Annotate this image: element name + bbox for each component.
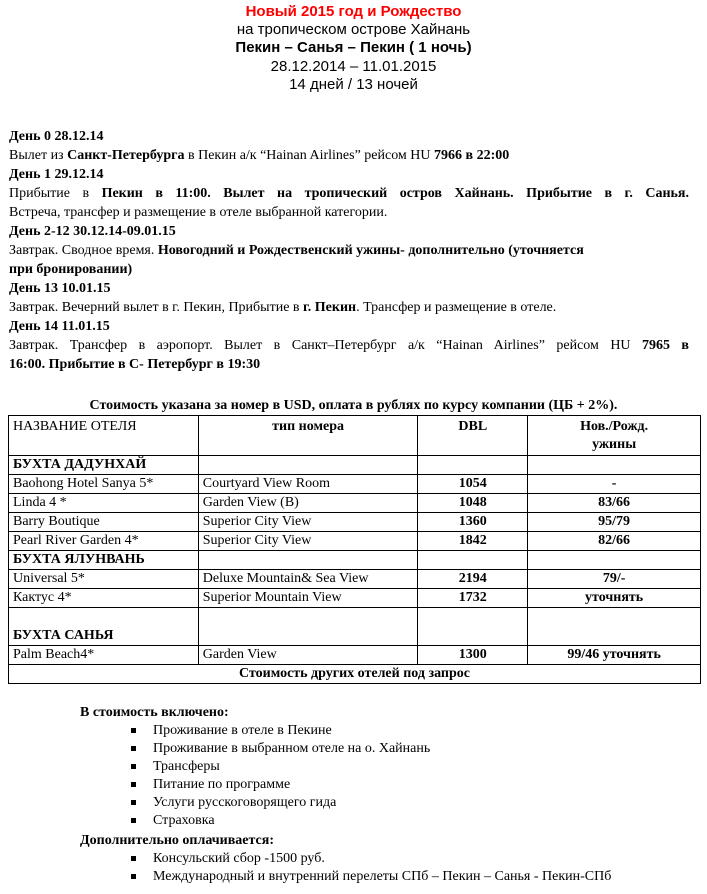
included-item: Услуги русскоговорящего гида [80,794,430,812]
table-row: Pearl River Garden 4*Superior City View1… [9,532,701,551]
itinerary-text: при бронировании) [9,260,689,279]
hotel-name-cell: Pearl River Garden 4* [9,532,199,551]
hotel-name-cell: Кактус 4* [9,589,199,608]
hotel-price-table: НАЗВАНИЕ ОТЕЛЯ тип номера DBL Нов./Рожд.… [8,415,701,684]
included-item: Проживание в выбранном отеле на о. Хайна… [80,740,430,758]
extra-charges-label: Дополнительно оплачивается: [80,832,611,850]
empty-cell [198,551,418,570]
included-item-text: Услуги русскоговорящего гида [153,795,336,810]
tour-route: Пекин – Санья – Пекин ( 1 ночь) [0,39,707,57]
table-row: Кактус 4*Superior Mountain View1732уточн… [9,589,701,608]
itinerary-text-bold: Пекин в 11:00. Вылет на тропический остр… [102,186,689,201]
included-item-text: Трансферы [153,759,220,774]
included-list: Проживание в отеле в ПекинеПроживание в … [80,722,430,830]
itinerary-text: 16:00. Прибытие в С- Петербург в 19:30 [9,355,689,374]
itinerary-text-part: Встреча, трансфер и размещение в отеле в… [9,205,387,220]
table-footer-row: Стоимость других отелей под запрос [9,665,701,684]
itinerary-text-bold: 16:00. Прибытие в С- Петербург в 19:30 [9,357,260,372]
tour-duration: 14 дней / 13 ночей [0,76,707,94]
section-name: БУХТА ЯЛУНВАНЬ [9,551,199,570]
table-header-row: НАЗВАНИЕ ОТЕЛЯ тип номера DBL Нов./Рожд.… [9,416,701,456]
itinerary-day-heading: День 13 10.01.15 [9,279,689,298]
itinerary-day-heading: День 0 28.12.14 [9,127,689,146]
room-type-cell: Deluxe Mountain& Sea View [198,570,418,589]
room-type-cell: Garden View [198,646,418,665]
extra-charge-item: Консульский сбор -1500 руб. [80,850,611,868]
included-item: Питание по программе [80,776,430,794]
room-type-cell: Courtyard View Room [198,475,418,494]
hotel-name-cell: Palm Beach4* [9,646,199,665]
itinerary-text-bold: при бронировании) [9,262,132,277]
dinners-price-cell: - [528,475,701,494]
bullet-square-icon [131,800,136,805]
document-subtitle: на тропическом острове Хайнань [0,21,707,39]
itinerary-text: Завтрак. Сводное время. Новогодний и Рож… [9,241,689,260]
dbl-price-cell: 1360 [418,513,528,532]
dbl-price-cell: 1048 [418,494,528,513]
bullet-square-icon [131,746,136,751]
dinners-price-cell: уточнять [528,589,701,608]
extra-charges-list: Консульский сбор -1500 руб. Международны… [80,850,611,886]
included-label: В стоимость включено: [80,704,430,722]
empty-cell [418,551,528,570]
hotel-name-cell: Barry Boutique [9,513,199,532]
column-header-room-type: тип номера [198,416,418,456]
room-type-cell: Garden View (B) [198,494,418,513]
bullet-square-icon [131,728,136,733]
itinerary-text-part: в Пекин а/к “Hainan Airlines” рейсом HU [184,148,434,163]
table-section-row: БУХТА САНЬЯ [9,608,701,646]
extra-charge-item-text: Консульский сбор -1500 руб. [153,851,325,866]
itinerary-text-bold: 7965 в [642,338,689,353]
dinners-price-cell: 95/79 [528,513,701,532]
extra-charge-item: Международный и внутренний перелеты СПб … [80,868,611,886]
included-item-text: Проживание в выбранном отеле на о. Хайна… [153,741,430,756]
bullet-square-icon [131,782,136,787]
table-row: Baohong Hotel Sanya 5*Courtyard View Roo… [9,475,701,494]
hotel-name-cell: Universal 5* [9,570,199,589]
table-footer-note: Стоимость других отелей под запрос [9,665,701,684]
itinerary-day-heading: День 14 11.01.15 [9,317,689,336]
bullet-square-icon [131,764,136,769]
tour-dates: 28.12.2014 – 11.01.2015 [0,58,707,76]
empty-cell [418,608,528,646]
itinerary-text-part: Вылет из [9,148,67,163]
included-item: Проживание в отеле в Пекине [80,722,430,740]
dbl-price-cell: 1054 [418,475,528,494]
included-item-text: Проживание в отеле в Пекине [153,723,332,738]
column-header-hotel: НАЗВАНИЕ ОТЕЛЯ [9,416,199,456]
empty-cell [198,456,418,475]
table-section-row: БУХТА ДАДУНХАЙ [9,456,701,475]
table-section-row: БУХТА ЯЛУНВАНЬ [9,551,701,570]
itinerary-text-part: Завтрак. Сводное время. [9,243,158,258]
itinerary-text-bold: 7966 в 22:00 [434,148,509,163]
bullet-square-icon [131,856,136,861]
empty-cell [418,456,528,475]
included-item-text: Страховка [153,813,215,828]
included-item: Трансферы [80,758,430,776]
dbl-price-cell: 1842 [418,532,528,551]
table-row: Palm Beach4*Garden View130099/46 уточнят… [9,646,701,665]
room-type-cell: Superior City View [198,532,418,551]
itinerary-text-bold: г. Пекин [303,300,356,315]
document-title: Новый 2015 год и Рождество [0,3,707,21]
itinerary-day-heading: День 2-12 30.12.14-09.01.15 [9,222,689,241]
itinerary: День 0 28.12.14Вылет из Санкт-Петербурга… [9,127,689,374]
table-row: Barry BoutiqueSuperior City View136095/7… [9,513,701,532]
column-header-dbl: DBL [418,416,528,456]
included-section: В стоимость включено: Проживание в отеле… [80,704,430,830]
extra-charges-section: Дополнительно оплачивается: Консульский … [80,832,611,886]
included-item: Страховка [80,812,430,830]
itinerary-text: Вылет из Санкт-Петербурга в Пекин а/к “H… [9,146,689,165]
hotel-name-cell: Baohong Hotel Sanya 5* [9,475,199,494]
dinners-price-cell: 82/66 [528,532,701,551]
itinerary-text-part: . Трансфер и размещение в отеле. [356,300,556,315]
bullet-square-icon [131,874,136,879]
section-name: БУХТА ДАДУНХАЙ [9,456,199,475]
itinerary-text: Завтрак. Вечерний вылет в г. Пекин, Приб… [9,298,689,317]
itinerary-day-heading: День 1 29.12.14 [9,165,689,184]
bullet-square-icon [131,818,136,823]
empty-cell [198,608,418,646]
itinerary-text-bold: Новогодний и Рождественский ужины- допол… [158,243,584,258]
included-item-text: Питание по программе [153,777,290,792]
empty-cell [528,456,701,475]
room-type-cell: Superior City View [198,513,418,532]
table-row: Universal 5*Deluxe Mountain& Sea View219… [9,570,701,589]
dbl-price-cell: 1732 [418,589,528,608]
itinerary-text-part: Завтрак. Трансфер в аэропорт. Вылет в Са… [9,338,642,353]
itinerary-text-part: Прибытие в [9,186,102,201]
itinerary-text-bold: Санкт-Петербурга [67,148,184,163]
column-header-dinners: Нов./Рожд.ужины [528,416,701,456]
room-type-cell: Superior Mountain View [198,589,418,608]
itinerary-text-part: Завтрак. Вечерний вылет в г. Пекин, Приб… [9,300,303,315]
dinners-price-cell: 83/66 [528,494,701,513]
hotel-name-cell: Linda 4 * [9,494,199,513]
table-row: Linda 4 *Garden View (B)104883/66 [9,494,701,513]
itinerary-text: Завтрак. Трансфер в аэропорт. Вылет в Са… [9,336,689,355]
empty-cell [528,608,701,646]
price-note: Стоимость указана за номер в USD, оплата… [0,397,707,415]
empty-cell [528,551,701,570]
dbl-price-cell: 2194 [418,570,528,589]
itinerary-text: Встреча, трансфер и размещение в отеле в… [9,203,689,222]
itinerary-text: Прибытие в Пекин в 11:00. Вылет на тропи… [9,184,689,203]
section-name: БУХТА САНЬЯ [9,608,199,646]
extra-charge-item-text: Международный и внутренний перелеты СПб … [153,869,611,884]
dinners-price-cell: 99/46 уточнять [528,646,701,665]
dbl-price-cell: 1300 [418,646,528,665]
dinners-price-cell: 79/- [528,570,701,589]
